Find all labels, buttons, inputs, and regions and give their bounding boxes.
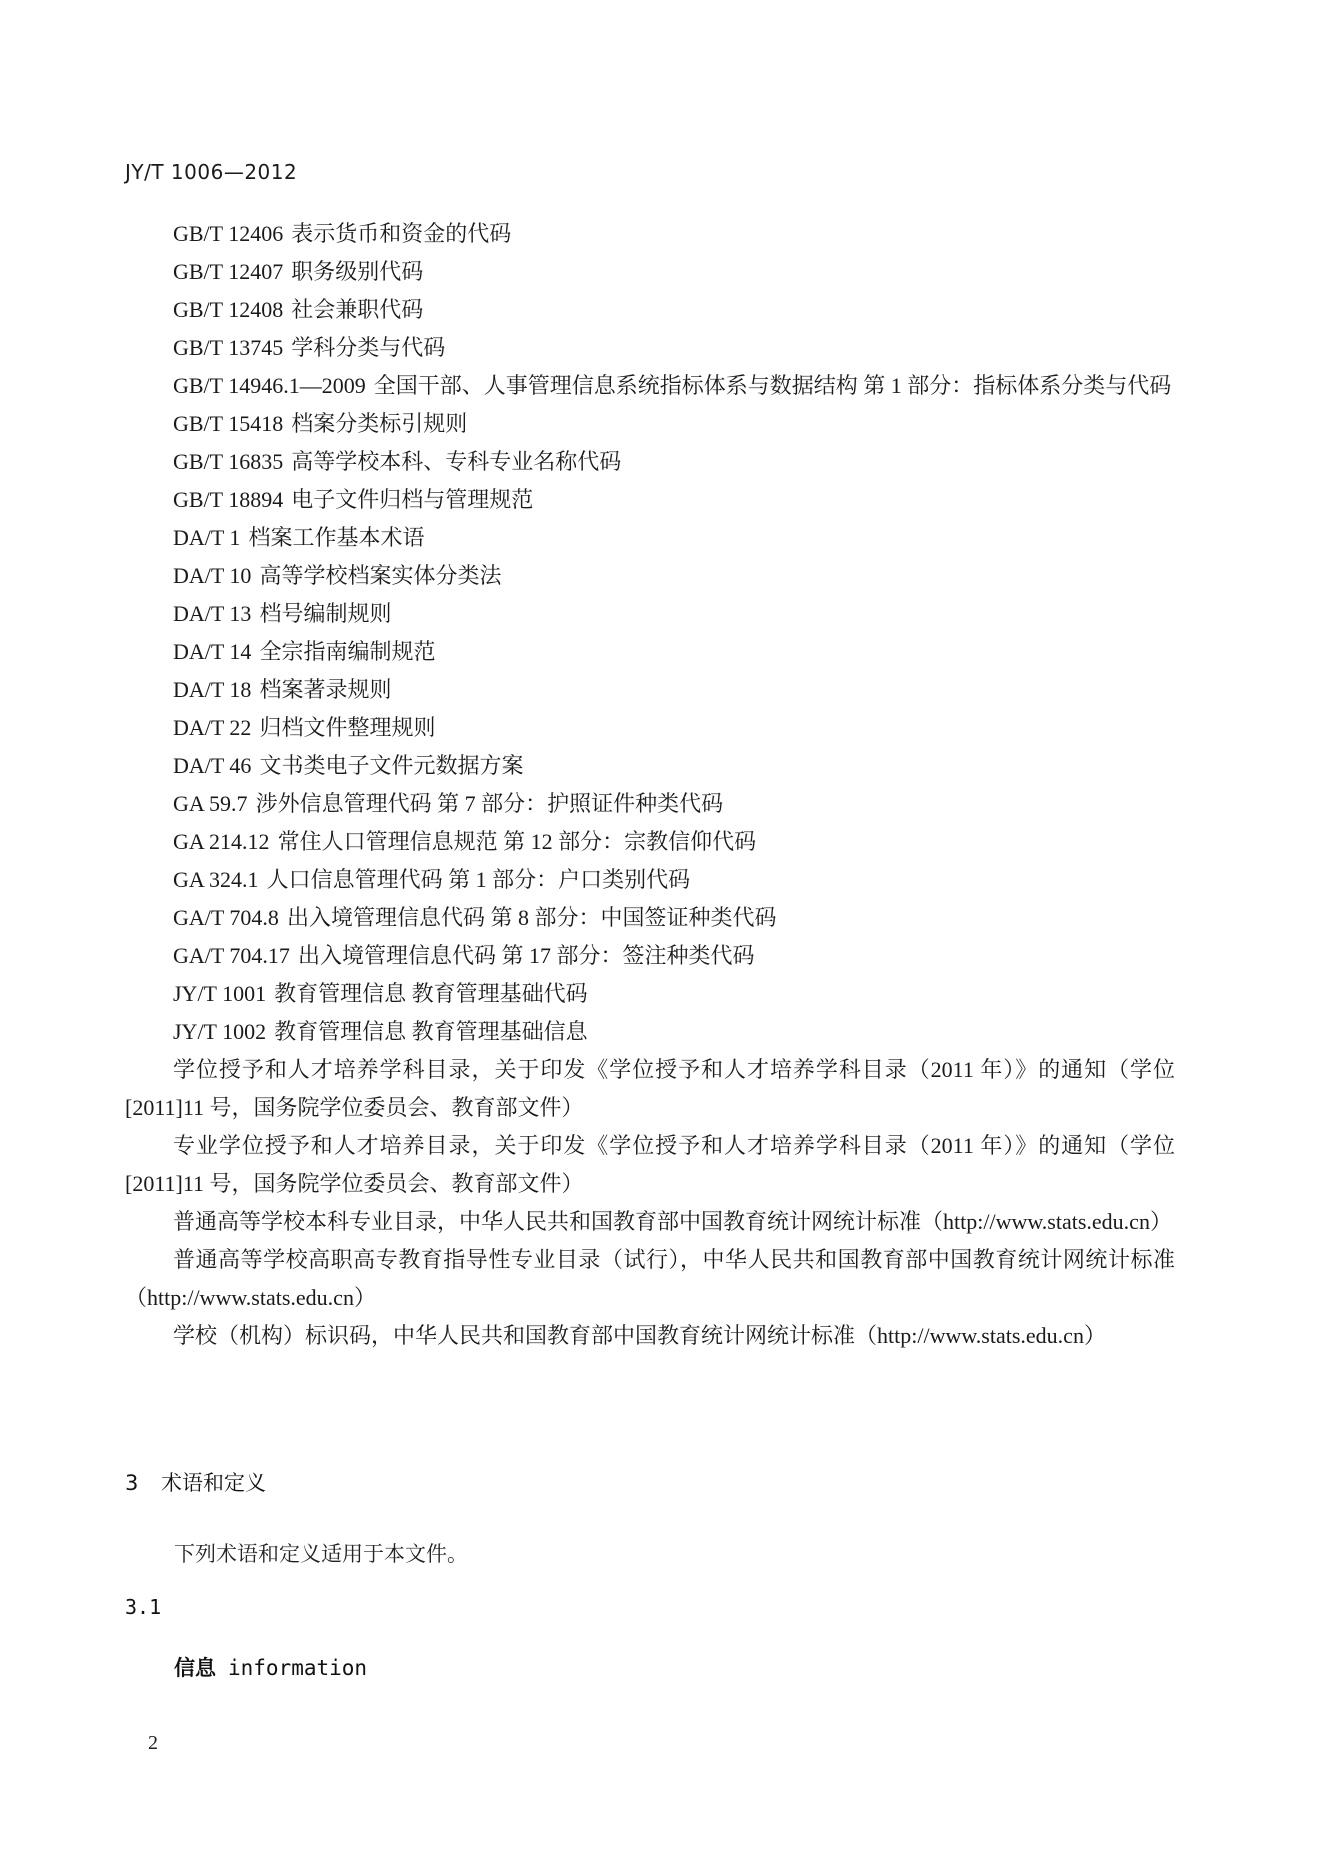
reference-code: GA 59.7: [173, 791, 248, 816]
reference-code: GB/T 15418: [173, 411, 283, 436]
reference-title: 涉外信息管理代码 第 7 部分：护照证件种类代码: [256, 791, 724, 816]
reference-item: 普通高等学校高职高专教育指导性专业目录（试行），中华人民共和国教育部中国教育统计…: [125, 1241, 1175, 1317]
reference-title: 人口信息管理代码 第 1 部分：户口类别代码: [267, 867, 691, 892]
reference-title: 电子文件归档与管理规范: [291, 487, 533, 512]
reference-item: GB/T 15418档案分类标引规则: [125, 405, 1175, 443]
reference-item: 普通高等学校本科专业目录，中华人民共和国教育部中国教育统计网统计标准（http:…: [125, 1203, 1175, 1241]
reference-item: DA/T 13档号编制规则: [125, 595, 1175, 633]
reference-code: GB/T 12406: [173, 221, 283, 246]
reference-code: GB/T 13745: [173, 335, 283, 360]
reference-item: DA/T 1档案工作基本术语: [125, 519, 1175, 557]
reference-title: 表示货币和资金的代码: [291, 221, 511, 246]
reference-title: 出入境管理信息代码 第 8 部分：中国签证种类代码: [287, 905, 777, 930]
reference-item: GA/T 704.8出入境管理信息代码 第 8 部分：中国签证种类代码: [125, 899, 1175, 937]
reference-code: DA/T 22: [173, 715, 251, 740]
reference-title: 高等学校本科、专科专业名称代码: [291, 449, 621, 474]
reference-code: DA/T 46: [173, 753, 251, 778]
reference-code: JY/T 1002: [173, 1019, 266, 1044]
reference-title: 档案著录规则: [259, 677, 391, 702]
reference-code: DA/T 10: [173, 563, 251, 588]
clause-number: 3.1: [125, 1595, 161, 1619]
reference-code: GA/T 704.17: [173, 943, 290, 968]
reference-title: 普通高等学校本科专业目录，中华人民共和国教育部中国教育统计网统计标准（http:…: [173, 1209, 1172, 1234]
reference-title: 教育管理信息 教育管理基础信息: [274, 1019, 588, 1044]
reference-item: GB/T 14946.1—2009全国干部、人事管理信息系统指标体系与数据结构 …: [125, 367, 1175, 405]
reference-item: GA/T 704.17出入境管理信息代码 第 17 部分：签注种类代码: [125, 937, 1175, 975]
reference-item: GB/T 12406表示货币和资金的代码: [125, 215, 1175, 253]
reference-title: 专业学位授予和人才培养目录，关于印发《学位授予和人才培养学科目录（2011 年）…: [125, 1133, 1175, 1196]
reference-item: DA/T 18档案著录规则: [125, 671, 1175, 709]
term-english: information: [228, 1656, 367, 1680]
reference-title: 全宗指南编制规范: [259, 639, 435, 664]
standard-code-header: JY/T 1006—2012: [125, 160, 297, 184]
section-title: 术语和定义: [161, 1471, 266, 1495]
reference-code: GA 324.1: [173, 867, 259, 892]
reference-item: JY/T 1002教育管理信息 教育管理基础信息: [125, 1013, 1175, 1051]
reference-item: DA/T 10高等学校档案实体分类法: [125, 557, 1175, 595]
reference-title: 常住人口管理信息规范 第 12 部分：宗教信仰代码: [278, 829, 757, 854]
document-page: JY/T 1006—2012 GB/T 12406表示货币和资金的代码 GB/T…: [0, 0, 1323, 1871]
reference-code: GA/T 704.8: [173, 905, 279, 930]
reference-item: DA/T 46文书类电子文件元数据方案: [125, 747, 1175, 785]
reference-item: GA 214.12常住人口管理信息规范 第 12 部分：宗教信仰代码: [125, 823, 1175, 861]
reference-item: DA/T 22归档文件整理规则: [125, 709, 1175, 747]
reference-item: DA/T 14全宗指南编制规范: [125, 633, 1175, 671]
section-number: 3: [125, 1471, 161, 1495]
reference-code: DA/T 1: [173, 525, 240, 550]
reference-title: 归档文件整理规则: [259, 715, 435, 740]
term-definition-heading: 信息information: [174, 1652, 367, 1682]
reference-title: 职务级别代码: [291, 259, 423, 284]
reference-code: GB/T 14946.1—2009: [173, 373, 366, 398]
reference-title: 学校（机构）标识码，中华人民共和国教育部中国教育统计网统计标准（http://w…: [173, 1323, 1106, 1348]
reference-title: 档案分类标引规则: [291, 411, 467, 436]
reference-item: GA 59.7涉外信息管理代码 第 7 部分：护照证件种类代码: [125, 785, 1175, 823]
reference-item: GB/T 12408社会兼职代码: [125, 291, 1175, 329]
reference-code: GB/T 16835: [173, 449, 283, 474]
reference-item: JY/T 1001教育管理信息 教育管理基础代码: [125, 975, 1175, 1013]
reference-item: 学位授予和人才培养学科目录，关于印发《学位授予和人才培养学科目录（2011 年）…: [125, 1051, 1175, 1127]
reference-title: 教育管理信息 教育管理基础代码: [274, 981, 588, 1006]
reference-item: 学校（机构）标识码，中华人民共和国教育部中国教育统计网统计标准（http://w…: [125, 1317, 1175, 1355]
reference-title: 档号编制规则: [259, 601, 391, 626]
reference-title: 文书类电子文件元数据方案: [259, 753, 523, 778]
reference-item: GB/T 12407职务级别代码: [125, 253, 1175, 291]
reference-code: DA/T 13: [173, 601, 251, 626]
reference-title: 出入境管理信息代码 第 17 部分：签注种类代码: [298, 943, 755, 968]
reference-code: DA/T 14: [173, 639, 251, 664]
reference-title: 高等学校档案实体分类法: [259, 563, 501, 588]
normative-references-list: GB/T 12406表示货币和资金的代码 GB/T 12407职务级别代码 GB…: [125, 215, 1175, 1355]
reference-title: 学科分类与代码: [291, 335, 445, 360]
reference-title: 全国干部、人事管理信息系统指标体系与数据结构 第 1 部分：指标体系分类与代码: [374, 373, 1172, 398]
reference-title: 档案工作基本术语: [248, 525, 424, 550]
reference-title: 社会兼职代码: [291, 297, 423, 322]
section-heading: 3术语和定义: [125, 1467, 266, 1497]
reference-item: GB/T 13745学科分类与代码: [125, 329, 1175, 367]
reference-item: GB/T 16835高等学校本科、专科专业名称代码: [125, 443, 1175, 481]
reference-code: GB/T 18894: [173, 487, 283, 512]
term-chinese: 信息: [174, 1656, 216, 1680]
reference-item: GA 324.1人口信息管理代码 第 1 部分：户口类别代码: [125, 861, 1175, 899]
reference-code: JY/T 1001: [173, 981, 266, 1006]
reference-code: GB/T 12408: [173, 297, 283, 322]
page-number: 2: [148, 1732, 158, 1755]
reference-item: GB/T 18894电子文件归档与管理规范: [125, 481, 1175, 519]
reference-title: 学位授予和人才培养学科目录，关于印发《学位授予和人才培养学科目录（2011 年）…: [125, 1057, 1175, 1120]
reference-code: GB/T 12407: [173, 259, 283, 284]
reference-item: 专业学位授予和人才培养目录，关于印发《学位授予和人才培养学科目录（2011 年）…: [125, 1127, 1175, 1203]
reference-code: DA/T 18: [173, 677, 251, 702]
reference-title: 普通高等学校高职高专教育指导性专业目录（试行），中华人民共和国教育部中国教育统计…: [125, 1247, 1175, 1310]
section-intro-text: 下列术语和定义适用于本文件。: [174, 1538, 468, 1568]
reference-code: GA 214.12: [173, 829, 270, 854]
